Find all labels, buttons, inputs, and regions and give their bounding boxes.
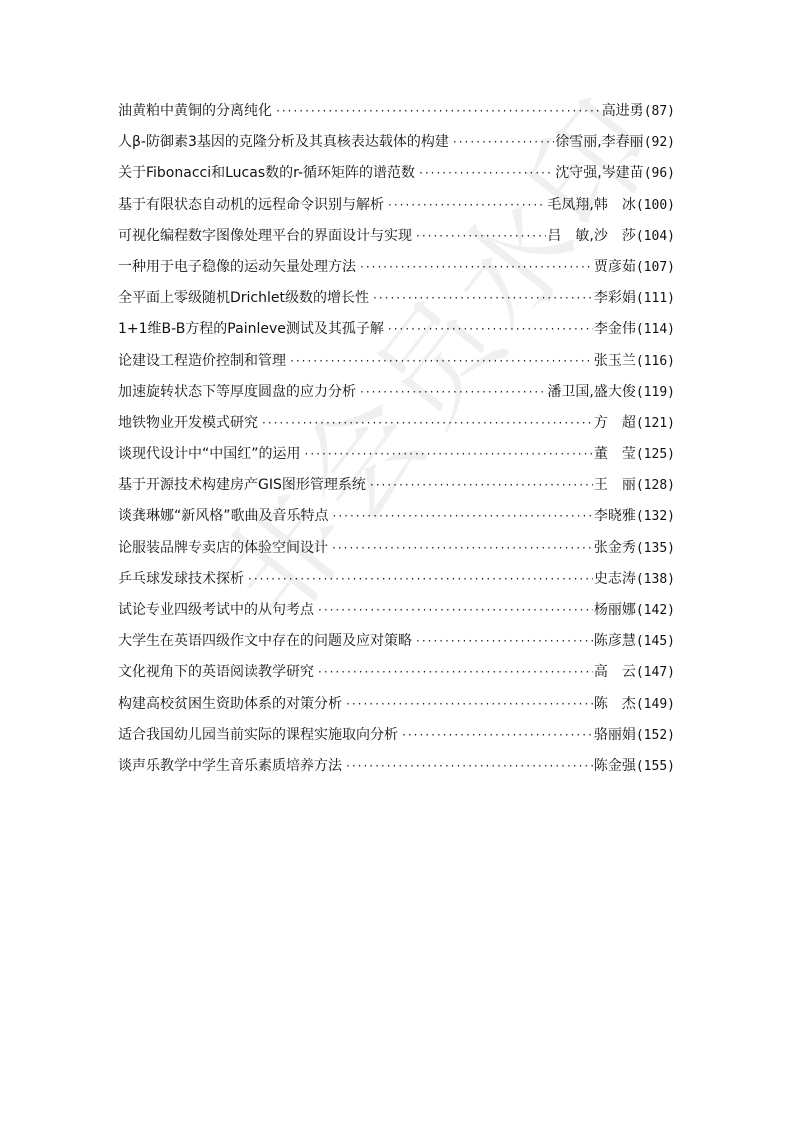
toc-entry[interactable]: 谈现代设计中“中国红”的运用董 莹(125) bbox=[118, 443, 675, 474]
toc-entry-page: (119) bbox=[636, 382, 675, 404]
leader-dots bbox=[262, 412, 593, 434]
toc-entry-title: 文化视角下的英语阅读教学研究 bbox=[118, 661, 314, 683]
toc-entry[interactable]: 构建高校贫困生资助体系的对策分析陈 杰(149) bbox=[118, 693, 675, 724]
leader-dots bbox=[332, 537, 593, 559]
toc-entry-author: 陈金强 bbox=[594, 755, 636, 777]
toc-entry-title: 谈声乐教学中学生音乐素质培养方法 bbox=[118, 755, 342, 777]
toc-entry-page: (111) bbox=[636, 288, 675, 310]
toc-entry-page: (145) bbox=[636, 631, 675, 653]
toc-entry-page: (135) bbox=[636, 538, 675, 560]
toc-entry-author: 李晓雅 bbox=[594, 505, 636, 527]
toc-entry-author: 徐雪丽,李春丽 bbox=[555, 131, 643, 153]
toc-entry-page: (107) bbox=[636, 257, 675, 279]
toc-entry-title: 1+1维B-B方程的Painleve测试及其孤子解 bbox=[118, 318, 384, 340]
toc-entry-author: 毛凤翔,韩 冰 bbox=[547, 194, 635, 216]
toc-entry-author: 董 莹 bbox=[594, 443, 636, 465]
toc-entry[interactable]: 论服装品牌专卖店的体验空间设计张金秀(135) bbox=[118, 537, 675, 568]
leader-dots bbox=[416, 225, 546, 247]
toc-entry-author: 杨丽娜 bbox=[594, 599, 636, 621]
leader-dots bbox=[388, 194, 546, 216]
table-of-contents: 油黄粕中黄铜的分离纯化高进勇(87)人β-防御素3基因的克隆分析及其真核表达载体… bbox=[118, 100, 675, 786]
toc-entry-author: 陈 杰 bbox=[594, 693, 636, 715]
toc-entry-author: 沈守强,岑建苗 bbox=[555, 162, 643, 184]
toc-entry-page: (125) bbox=[636, 444, 675, 466]
toc-entry-page: (142) bbox=[636, 600, 675, 622]
toc-entry-title: 加速旋转状态下等厚度圆盘的应力分析 bbox=[118, 381, 356, 403]
document-page: 非会员水印 油黄粕中黄铜的分离纯化高进勇(87)人β-防御素3基因的克隆分析及其… bbox=[0, 0, 793, 1122]
toc-entry[interactable]: 试论专业四级考试中的从句考点杨丽娜(142) bbox=[118, 599, 675, 630]
toc-entry-author: 方 超 bbox=[594, 412, 636, 434]
toc-entry[interactable]: 基于有限状态自动机的远程命令识别与解析毛凤翔,韩 冰(100) bbox=[118, 194, 675, 225]
toc-entry[interactable]: 油黄粕中黄铜的分离纯化高进勇(87) bbox=[118, 100, 675, 131]
toc-entry-title: 基于有限状态自动机的远程命令识别与解析 bbox=[118, 194, 384, 216]
toc-entry-page: (155) bbox=[636, 756, 675, 778]
toc-entry-author: 史志涛 bbox=[594, 568, 636, 590]
toc-entry-page: (92) bbox=[644, 132, 675, 154]
toc-entry[interactable]: 适合我国幼儿园当前实际的课程实施取向分析骆丽娟(152) bbox=[118, 724, 675, 755]
toc-entry[interactable]: 1+1维B-B方程的Painleve测试及其孤子解李金伟(114) bbox=[118, 318, 675, 349]
leader-dots bbox=[416, 630, 593, 652]
toc-entry-page: (96) bbox=[644, 163, 675, 185]
toc-entry-title: 乒乓球发球技术探析 bbox=[118, 568, 244, 590]
toc-entry-page: (138) bbox=[636, 569, 675, 591]
toc-entry-page: (128) bbox=[636, 475, 675, 497]
toc-entry[interactable]: 加速旋转状态下等厚度圆盘的应力分析潘卫国,盛大俊(119) bbox=[118, 381, 675, 412]
leader-dots bbox=[346, 693, 593, 715]
leader-dots bbox=[419, 162, 554, 184]
toc-entry-title: 大学生在英语四级作文中存在的问题及应对策略 bbox=[118, 630, 412, 652]
toc-entry-title: 一种用于电子稳像的运动矢量处理方法 bbox=[118, 256, 356, 278]
toc-entry-author: 吕 敏,沙 莎 bbox=[547, 225, 635, 247]
toc-entry[interactable]: 基于开源技术构建房产GIS图形管理系统王 丽(128) bbox=[118, 474, 675, 505]
toc-entry-title: 构建高校贫困生资助体系的对策分析 bbox=[118, 693, 342, 715]
toc-entry-author: 高 云 bbox=[594, 661, 636, 683]
toc-entry-author: 张玉兰 bbox=[594, 350, 636, 372]
toc-entry-title: 油黄粕中黄铜的分离纯化 bbox=[118, 100, 272, 122]
leader-dots bbox=[402, 724, 593, 746]
toc-entry-author: 李彩娟 bbox=[594, 287, 636, 309]
toc-entry[interactable]: 乒乓球发球技术探析史志涛(138) bbox=[118, 568, 675, 599]
toc-entry-title: 论服装品牌专卖店的体验空间设计 bbox=[118, 537, 328, 559]
toc-entry-author: 骆丽娟 bbox=[594, 724, 636, 746]
leader-dots bbox=[346, 755, 593, 777]
toc-entry-author: 贾彦茹 bbox=[594, 256, 636, 278]
leader-dots bbox=[318, 599, 593, 621]
toc-entry-page: (149) bbox=[636, 694, 675, 716]
toc-entry-title: 关于Fibonacci和Lucas数的r-循环矩阵的谱范数 bbox=[118, 162, 415, 184]
toc-entry-title: 适合我国幼儿园当前实际的课程实施取向分析 bbox=[118, 724, 398, 746]
toc-entry-author: 李金伟 bbox=[594, 318, 636, 340]
toc-entry-page: (152) bbox=[636, 725, 675, 747]
leader-dots bbox=[360, 381, 546, 403]
toc-entry[interactable]: 全平面上零级随机Drichlet级数的增长性李彩娟(111) bbox=[118, 287, 675, 318]
leader-dots bbox=[276, 100, 601, 122]
leader-dots bbox=[373, 287, 593, 309]
toc-entry-title: 地铁物业开发模式研究 bbox=[118, 412, 258, 434]
toc-entry[interactable]: 地铁物业开发模式研究方 超(121) bbox=[118, 412, 675, 443]
toc-entry-title: 可视化编程数字图像处理平台的界面设计与实现 bbox=[118, 225, 412, 247]
toc-entry-title: 基于开源技术构建房产GIS图形管理系统 bbox=[118, 474, 366, 496]
toc-entry-title: 试论专业四级考试中的从句考点 bbox=[118, 599, 314, 621]
toc-entry[interactable]: 谈龚琳娜“新风格”歌曲及音乐特点李晓雅(132) bbox=[118, 505, 675, 536]
toc-entry-author: 潘卫国,盛大俊 bbox=[547, 381, 635, 403]
leader-dots bbox=[360, 256, 593, 278]
toc-entry-page: (100) bbox=[636, 195, 675, 217]
toc-entry-author: 陈彦慧 bbox=[594, 630, 636, 652]
toc-entry-page: (104) bbox=[636, 226, 675, 248]
toc-entry[interactable]: 关于Fibonacci和Lucas数的r-循环矩阵的谱范数沈守强,岑建苗(96) bbox=[118, 162, 675, 193]
toc-entry-title: 全平面上零级随机Drichlet级数的增长性 bbox=[118, 287, 369, 309]
toc-entry-author: 王 丽 bbox=[594, 474, 636, 496]
toc-entry[interactable]: 人β-防御素3基因的克隆分析及其真核表达载体的构建徐雪丽,李春丽(92) bbox=[118, 131, 675, 162]
toc-entry[interactable]: 文化视角下的英语阅读教学研究高 云(147) bbox=[118, 661, 675, 692]
toc-entry-page: (116) bbox=[636, 351, 675, 373]
toc-entry-author: 高进勇 bbox=[602, 100, 644, 122]
toc-entry[interactable]: 可视化编程数字图像处理平台的界面设计与实现吕 敏,沙 莎(104) bbox=[118, 225, 675, 256]
leader-dots bbox=[305, 443, 593, 465]
toc-entry-title: 谈现代设计中“中国红”的运用 bbox=[118, 443, 301, 465]
toc-entry-author: 张金秀 bbox=[594, 537, 636, 559]
toc-entry[interactable]: 大学生在英语四级作文中存在的问题及应对策略陈彦慧(145) bbox=[118, 630, 675, 661]
leader-dots bbox=[388, 318, 593, 340]
leader-dots bbox=[370, 474, 593, 496]
leader-dots bbox=[248, 568, 593, 590]
toc-entry-page: (121) bbox=[636, 413, 675, 435]
leader-dots bbox=[333, 505, 593, 527]
toc-entry-title: 论建设工程造价控制和管理 bbox=[118, 350, 286, 372]
toc-entry[interactable]: 一种用于电子稳像的运动矢量处理方法贾彦茹(107) bbox=[118, 256, 675, 287]
toc-entry-page: (114) bbox=[636, 319, 675, 341]
toc-entry[interactable]: 论建设工程造价控制和管理张玉兰(116) bbox=[118, 350, 675, 381]
toc-entry-page: (147) bbox=[636, 662, 675, 684]
leader-dots bbox=[453, 131, 554, 153]
toc-entry-page: (87) bbox=[644, 101, 675, 123]
toc-entry-page: (132) bbox=[636, 506, 675, 528]
leader-dots bbox=[290, 350, 593, 372]
toc-entry[interactable]: 谈声乐教学中学生音乐素质培养方法陈金强(155) bbox=[118, 755, 675, 786]
toc-entry-title: 谈龚琳娜“新风格”歌曲及音乐特点 bbox=[118, 505, 329, 527]
leader-dots bbox=[318, 661, 593, 683]
toc-entry-title: 人β-防御素3基因的克隆分析及其真核表达载体的构建 bbox=[118, 131, 449, 153]
